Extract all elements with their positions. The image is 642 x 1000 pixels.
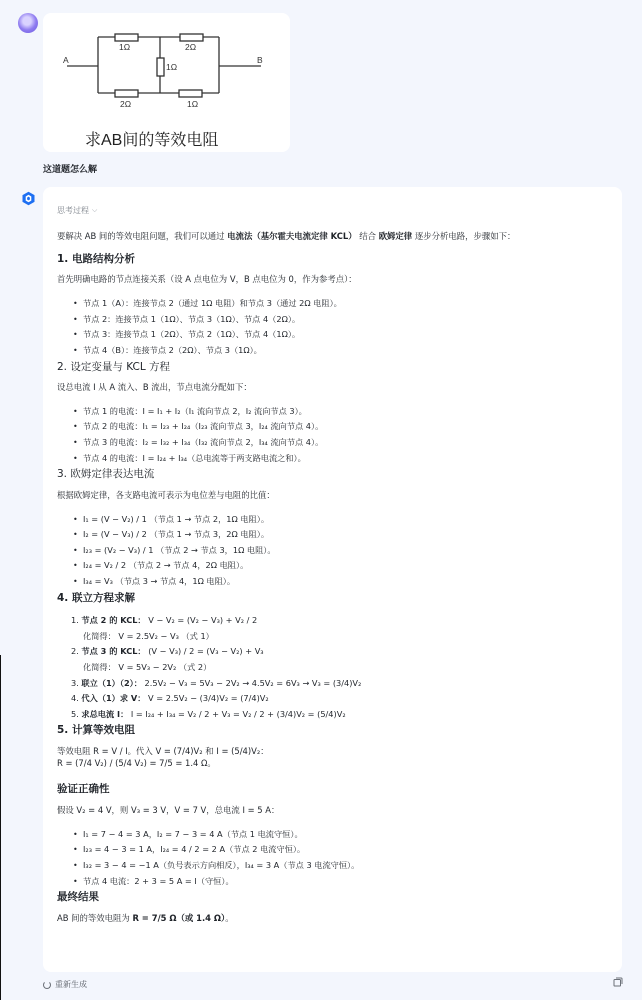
step-number: 5.: [71, 709, 79, 719]
user-avatar: [18, 13, 38, 33]
item-lead: 节点 4 的电流：: [83, 453, 143, 463]
item-note: （I₂₃ 流向节点 3，I₂₄ 流向节点 4）。: [190, 421, 323, 431]
step-sub-label: 化简得：: [83, 631, 116, 641]
list-item: 节点 4 的电流：I = I₂₄ + I₃₄（总电流等于两支路电流之和）。: [73, 451, 608, 467]
item-note: （节点 3 → 节点 4，1Ω 电阻）。: [116, 576, 236, 586]
svg-text:1Ω: 1Ω: [166, 62, 177, 72]
final-text: 。: [225, 913, 233, 923]
list-item: 节点 2：连接节点 1（1Ω）、节点 3（1Ω）、节点 4（2Ω）。: [73, 312, 608, 328]
item-note: （总电流等于两支路电流之和）。: [187, 453, 306, 463]
assistant-logo-icon: [21, 191, 36, 206]
step-subline: 化简得： V = 5V₃ − 2V₂ （式 2）: [71, 660, 608, 676]
section-1-intro: 首先明确电路的节点连接关系（设 A 点电位为 V，B 点电位为 0，作为参考点）…: [57, 274, 608, 286]
window-edge: [0, 655, 1, 1000]
svg-text:1Ω: 1Ω: [187, 99, 198, 109]
final-answer-bold: R = 7/5 Ω（或 1.4 Ω）: [132, 913, 225, 923]
user-uploaded-image[interactable]: A B 1Ω 2Ω 1Ω 2Ω 1Ω 求AB间的等效电阻: [43, 13, 290, 152]
step-label: 节点 2 的 KCL：: [81, 615, 145, 625]
verify-title: 验证正确性: [57, 783, 608, 796]
list-item: 节点 2 的电流：I₁ = I₂₃ + I₂₄（I₂₃ 流向节点 3，I₂₄ 流…: [73, 419, 608, 435]
step-item: 2. 节点 3 的 KCL： (V − V₃) / 2 = (V₃ − V₂) …: [71, 644, 608, 660]
item-lead: 节点 3 的电流：: [83, 437, 143, 447]
section-2-title: 2. 设定变量与 KCL 方程: [57, 361, 608, 374]
intro-bold-ohm: 欧姆定律: [379, 231, 413, 241]
step-equation: I = I₂₄ + I₃₄ = V₂ / 2 + V₃ = V₂ / 2 + (…: [131, 709, 346, 719]
list-item: 节点 1（A）：连接节点 2（通过 1Ω 电阻）和节点 3（通过 2Ω 电阻）。: [73, 296, 608, 312]
copy-icon[interactable]: [613, 977, 623, 987]
list-item: I₁ = (V − V₂) / 1 （节点 1 → 节点 2，1Ω 电阻）。: [73, 512, 608, 528]
section-5-title: 5. 计算等效电阻: [57, 724, 608, 737]
item-note: （节点 2 → 节点 3，1Ω 电阻）。: [156, 545, 276, 555]
section-1-list: 节点 1（A）：连接节点 2（通过 1Ω 电阻）和节点 3（通过 2Ω 电阻）。…: [57, 296, 608, 358]
list-item: 节点 4（B）：连接节点 2（2Ω）、节点 3（1Ω）。: [73, 343, 608, 359]
svg-text:A: A: [63, 55, 69, 65]
section-3-intro: 根据欧姆定律，各支路电流可表示为电位差与电阻的比值：: [57, 490, 608, 502]
intro-paragraph: 要解决 AB 间的等效电阻问题，我们可以通过 电流法（基尔霍夫电流定律 KCL）…: [57, 231, 608, 243]
step-item: 3. 联立（1）（2）： 2.5V₂ − V₃ = 5V₃ − 2V₂ → 4.…: [71, 676, 608, 692]
final-title: 最终结果: [57, 891, 608, 904]
refresh-icon: [43, 981, 51, 989]
item-lead: 节点 2 的电流：: [83, 421, 143, 431]
svg-text:2Ω: 2Ω: [120, 99, 131, 109]
list-item: I₃₂ = 3 − 4 = −1 A（负号表示方向相反），I₃₄ = 3 A（节…: [73, 858, 608, 874]
step-item: 4. 代入（1）求 V： V = 2.5V₂ − (3/4)V₂ = (7/4)…: [71, 691, 608, 707]
list-item: I₃₄ = V₃ （节点 3 → 节点 4，1Ω 电阻）。: [73, 574, 608, 590]
section-1-title: 1. 电路结构分析: [57, 253, 608, 266]
section-2-list: 节点 1 的电流：I = I₁ + I₂（I₁ 流向节点 2，I₂ 流向节点 3…: [57, 404, 608, 466]
item-equation: I₁ = (V − V₂) / 1: [83, 514, 147, 524]
list-item: 节点 3 的电流：I₂ = I₃₂ + I₃₄（I₃₂ 流向节点 2，I₃₄ 流…: [73, 435, 608, 451]
item-equation: I₂₄ = V₂ / 2: [83, 560, 126, 570]
step-equation: 2.5V₂ − V₃ = 5V₃ − 2V₂ → 4.5V₂ = 6V₃ → V…: [145, 678, 362, 688]
section-5-line-2: R = (7/4 V₂) / (5/4 V₂) = 7/5 = 1.4 Ω。: [57, 758, 216, 768]
final-result: AB 间的等效电阻为 R = 7/5 Ω（或 1.4 Ω）。: [57, 913, 608, 925]
thinking-label: 思考过程: [57, 205, 89, 216]
step-item: 5. 求总电流 I： I = I₂₄ + I₃₄ = V₂ / 2 + V₃ =…: [71, 707, 608, 723]
final-text: AB 间的等效电阻为: [57, 913, 132, 923]
svg-text:求AB间的等效电阻: 求AB间的等效电阻: [85, 131, 218, 149]
section-5-line-1: 等效电阻 R = V / I。代入 V = (7/4)V₂ 和 I = (5/4…: [57, 746, 269, 756]
step-number: 2.: [71, 646, 79, 656]
verify-list: I₁ = 7 − 4 = 3 A，I₂ = 7 − 3 = 4 A（节点 1 电…: [57, 827, 608, 889]
item-note: （I₁ 流向节点 2，I₂ 流向节点 3）。: [181, 406, 307, 416]
list-item: I₂ = (V − V₃) / 2 （节点 1 → 节点 3，2Ω 电阻）。: [73, 527, 608, 543]
step-sub-equation: V = 5V₃ − 2V₂ （式 2）: [118, 662, 211, 672]
assistant-answer-card: 思考过程 ⌵ 要解决 AB 间的等效电阻问题，我们可以通过 电流法（基尔霍夫电流…: [43, 187, 622, 972]
verify-intro: 假设 V₂ = 4 V，则 V₃ = 3 V，V = 7 V，总电流 I = 5…: [57, 805, 608, 817]
section-5-body: 等效电阻 R = V / I。代入 V = (7/4)V₂ 和 I = (5/4…: [57, 746, 608, 770]
step-equation: V = 2.5V₂ − (3/4)V₂ = (7/4)V₂: [148, 693, 269, 703]
item-note: （节点 1 → 节点 2，1Ω 电阻）。: [149, 514, 269, 524]
item-equation: I₂ = (V − V₃) / 2: [83, 529, 147, 539]
item-note: （节点 1 → 节点 3，2Ω 电阻）。: [149, 529, 269, 539]
item-equation: I₁ = I₂₃ + I₂₄: [143, 421, 191, 431]
step-equation: (V − V₃) / 2 = (V₃ − V₂) + V₃: [148, 646, 263, 656]
svg-text:B: B: [257, 55, 263, 65]
list-item: I₂₄ = V₂ / 2 （节点 2 → 节点 4，2Ω 电阻）。: [73, 558, 608, 574]
step-sub-equation: V = 2.5V₂ − V₃ （式 1）: [118, 631, 214, 641]
list-item: 节点 3：连接节点 1（2Ω）、节点 2（1Ω）、节点 4（1Ω）。: [73, 327, 608, 343]
item-lead: 节点 1 的电流：: [83, 406, 143, 416]
list-item: I₂₃ = (V₂ − V₃) / 1 （节点 2 → 节点 3，1Ω 电阻）。: [73, 543, 608, 559]
section-4-title: 4. 联立方程求解: [57, 592, 608, 605]
item-note: （I₃₂ 流向节点 2，I₃₄ 流向节点 4）。: [190, 437, 323, 447]
intro-text: 结合: [357, 231, 379, 241]
list-item: I₂₃ = 4 − 3 = 1 A，I₂₄ = 4 / 2 = 2 A（节点 2…: [73, 842, 608, 858]
chevron-down-icon: ⌵: [92, 206, 97, 216]
list-item: 节点 1 的电流：I = I₁ + I₂（I₁ 流向节点 2，I₂ 流向节点 3…: [73, 404, 608, 420]
intro-bold-kcl: 电流法（基尔霍夫电流定律 KCL）: [227, 231, 356, 241]
step-subline: 化简得： V = 2.5V₂ − V₃ （式 1）: [71, 629, 608, 645]
step-sub-label: 化简得：: [83, 662, 116, 672]
section-3-list: I₁ = (V − V₂) / 1 （节点 1 → 节点 2，1Ω 电阻）。 I…: [57, 512, 608, 590]
item-note: （节点 2 → 节点 4，2Ω 电阻）。: [129, 560, 249, 570]
item-equation: I = I₂₄ + I₃₄: [143, 453, 188, 463]
step-number: 3.: [71, 678, 79, 688]
step-number: 1.: [71, 615, 79, 625]
section-2-intro: 设总电流 I 从 A 流入、B 流出，节点电流分配如下：: [57, 382, 608, 394]
user-message: 这道题怎么解: [43, 162, 97, 175]
svg-text:2Ω: 2Ω: [185, 42, 196, 52]
step-label: 求总电流 I：: [81, 709, 128, 719]
thinking-process-toggle[interactable]: 思考过程 ⌵: [57, 205, 97, 217]
svg-text:1Ω: 1Ω: [119, 42, 130, 52]
step-equation: V − V₂ = (V₂ − V₃) + V₂ / 2: [148, 615, 257, 625]
step-number: 4.: [71, 693, 79, 703]
circuit-diagram: A B 1Ω 2Ω 1Ω 2Ω 1Ω 求AB间的等效电阻: [43, 13, 290, 152]
item-equation: I₃₄ = V₃: [83, 576, 113, 586]
intro-text: 要解决 AB 间的等效电阻问题，我们可以通过: [57, 231, 227, 241]
item-equation: I₂₃ = (V₂ − V₃) / 1: [83, 545, 153, 555]
item-equation: I = I₁ + I₂: [143, 406, 181, 416]
step-label: 代入（1）求 V：: [81, 693, 145, 703]
step-label: 节点 3 的 KCL：: [81, 646, 145, 656]
intro-text: 逐步分析电路，步骤如下：: [412, 231, 515, 241]
step-label: 联立（1）（2）：: [81, 678, 142, 688]
list-item: 节点 4 电流：2 + 3 = 5 A = I（守恒）。: [73, 874, 608, 890]
regenerate-label: 重新生成: [55, 979, 87, 990]
section-4-steps: 1. 节点 2 的 KCL： V − V₂ = (V₂ − V₃) + V₂ /…: [57, 613, 608, 722]
section-3-title: 3. 欧姆定律表达电流: [57, 468, 608, 481]
item-equation: I₂ = I₃₂ + I₃₄: [143, 437, 191, 447]
list-item: I₁ = 7 − 4 = 3 A，I₂ = 7 − 3 = 4 A（节点 1 电…: [73, 827, 608, 843]
step-item: 1. 节点 2 的 KCL： V − V₂ = (V₂ − V₃) + V₂ /…: [71, 613, 608, 629]
regenerate-button[interactable]: 重新生成: [43, 979, 87, 990]
